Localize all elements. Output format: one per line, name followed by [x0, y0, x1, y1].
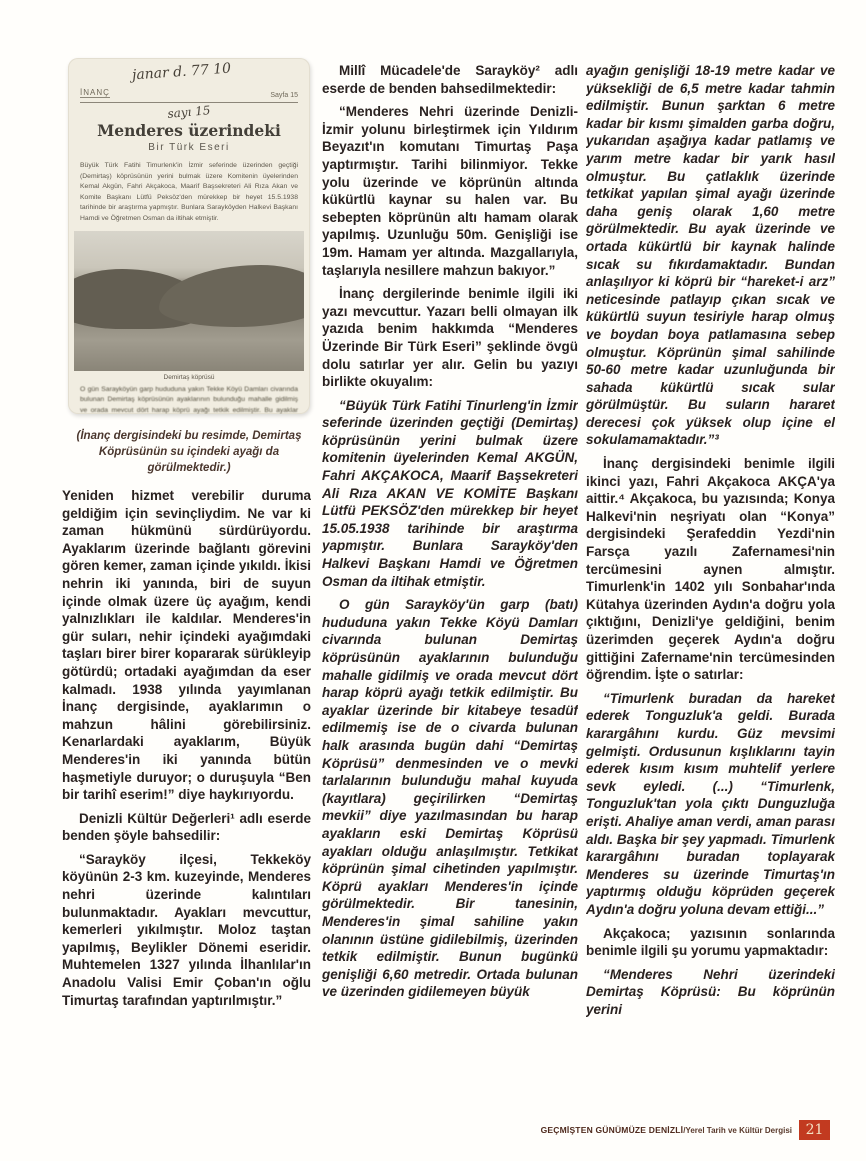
paragraph: İnanç dergilerinde benimle ilgili iki ya… [322, 285, 578, 391]
text-column-right: ayağın genişliği 18-19 metre kadar ve yü… [586, 62, 835, 1052]
paragraph: “Büyük Türk Fatihi Tinurleng'in İzmir se… [322, 397, 578, 591]
magazine-page: İNANÇ janar d. 77 10 Sayfa 15 sayı 15 Me… [0, 0, 866, 1161]
clipping-body-text: Büyük Türk Fatihi Timurlenk'in İzmir sef… [80, 161, 298, 224]
journal-title: GEÇMİŞTEN GÜNÜMÜZE DENİZLİ [541, 1125, 684, 1135]
clipping-subheadline: Bir Türk Eseri [80, 142, 298, 153]
paragraph: Yeniden hizmet verebilir duruma geldiğim… [62, 487, 311, 804]
paragraph: Akçakoca; yazısının sonlarında benimle i… [586, 925, 835, 960]
handwritten-note: janar d. 77 10 [132, 61, 232, 84]
clipping-masthead: İNANÇ [80, 88, 110, 98]
newspaper-clipping-image: İNANÇ janar d. 77 10 Sayfa 15 sayı 15 Me… [68, 58, 310, 414]
clipping-photo-caption: Demirtaş köprüsü [80, 374, 298, 381]
paragraph: “Menderes Nehri üzerinde Denizli-İzmir y… [322, 103, 578, 279]
page-number-badge: 21 [799, 1120, 830, 1140]
paragraph: Millî Mücadele'de Sarayköy² adlı eserde … [322, 62, 578, 97]
figure-block: İNANÇ janar d. 77 10 Sayfa 15 sayı 15 Me… [68, 58, 310, 476]
text-column-middle: Millî Mücadele'de Sarayköy² adlı eserde … [322, 62, 578, 1074]
paragraph: İnanç dergisindeki benimle ilgili ikinci… [586, 455, 835, 684]
bridge-river-photo [74, 231, 304, 371]
paragraph: “Menderes Nehri üzerindeki Demirtaş Köpr… [586, 966, 835, 1019]
page-footer: GEÇMİŞTEN GÜNÜMÜZE DENİZLİ / Yerel Tarih… [541, 1120, 830, 1140]
journal-subtitle: Yerel Tarih ve Kültür Dergisi [685, 1126, 792, 1135]
clipping-headline: Menderes üzerindeki [80, 121, 298, 140]
paragraph: ayağın genişliği 18-19 metre kadar ve yü… [586, 62, 835, 449]
paragraph: Denizli Kültür Değerleri¹ adlı eserde be… [62, 810, 311, 845]
figure-caption: (İnanç dergisindeki bu resimde, Demirtaş… [68, 428, 310, 476]
text-column-left: Yeniden hizmet verebilir duruma geldiğim… [62, 487, 311, 1053]
clipping-body-text-2: O gün Sarayköyün garp hududuna yakın Tek… [80, 385, 298, 414]
paragraph: O gün Sarayköy'ün garp (batı) hududuna y… [322, 596, 578, 1001]
paragraph: “Timurlenk buradan da hareket ederek Ton… [586, 690, 835, 919]
paragraph: “Sarayköy ilçesi, Tekkeköy köyünün 2-3 k… [62, 851, 311, 1009]
